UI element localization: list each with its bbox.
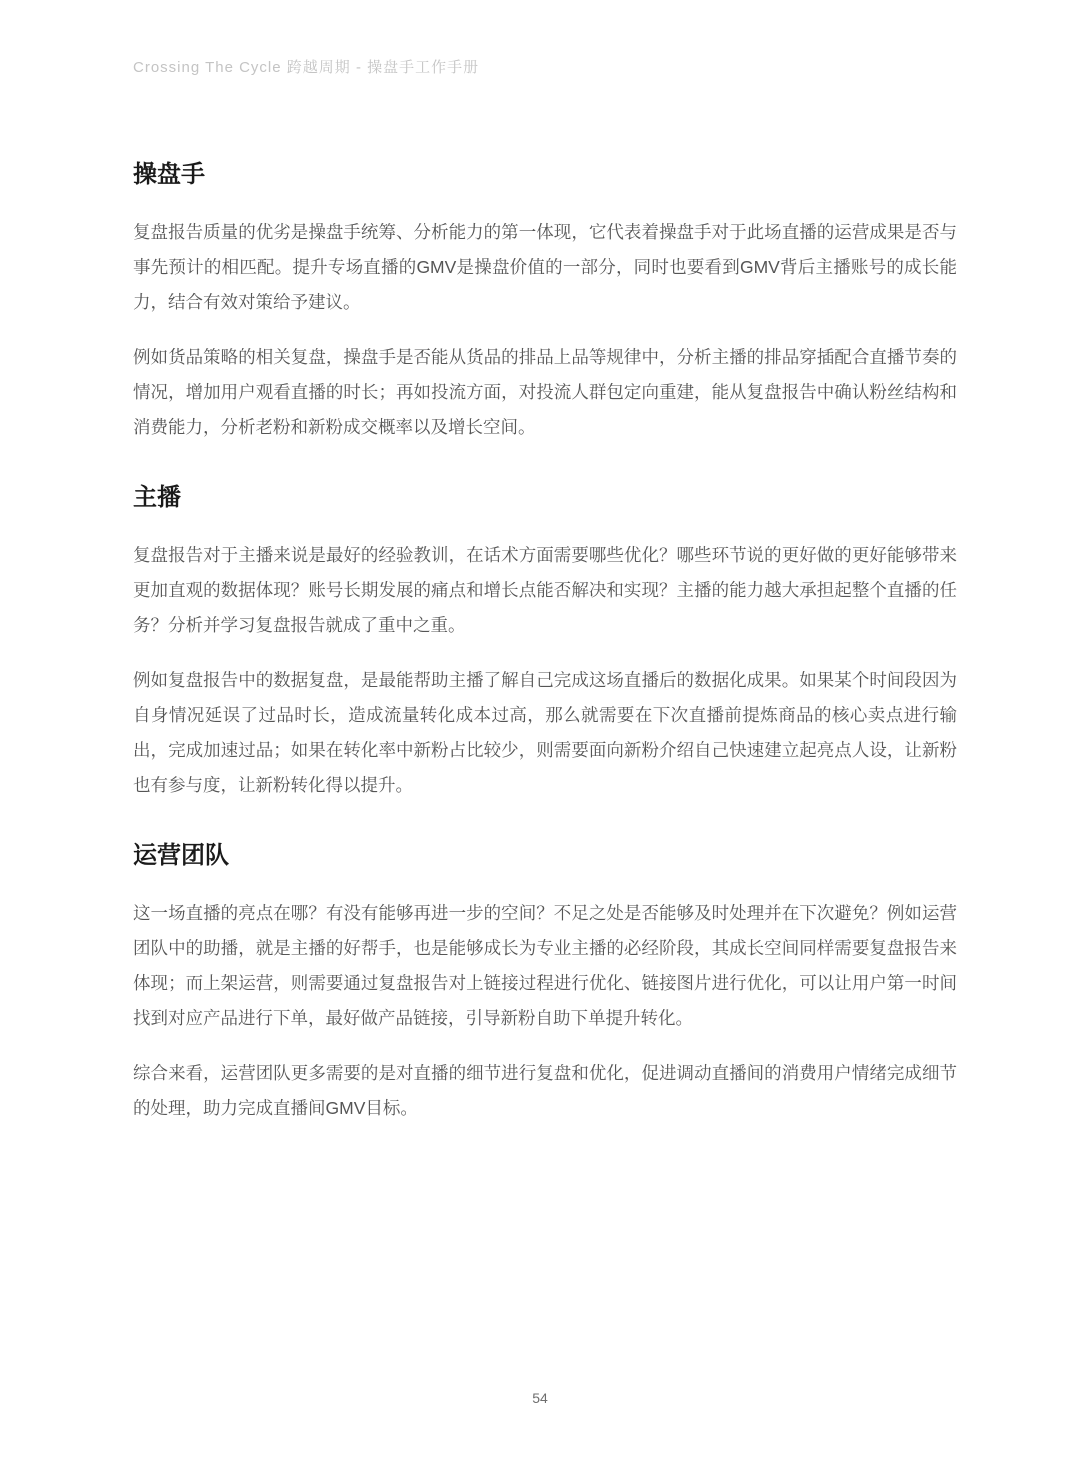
running-header: Crossing The Cycle 跨越周期 - 操盘手工作手册: [133, 56, 479, 77]
page-number: 54: [0, 1390, 1080, 1406]
body-paragraph: 这一场直播的亮点在哪？有没有能够再进一步的空间？不足之处是否能够及时处理并在下次…: [133, 896, 957, 1036]
section-heading: 主播: [133, 481, 957, 514]
body-paragraph: 例如复盘报告中的数据复盘，是最能帮助主播了解自己完成这场直播后的数据化成果。如果…: [133, 663, 957, 803]
page-content: 操盘手 复盘报告质量的优劣是操盘手统筹、分析能力的第一体现，它代表着操盘手对于此…: [133, 158, 957, 1146]
section-caopanshou: 操盘手 复盘报告质量的优劣是操盘手统筹、分析能力的第一体现，它代表着操盘手对于此…: [133, 158, 957, 445]
section-heading: 操盘手: [133, 158, 957, 191]
section-zhubo: 主播 复盘报告对于主播来说是最好的经验教训，在话术方面需要哪些优化？哪些环节说的…: [133, 481, 957, 803]
body-paragraph: 复盘报告对于主播来说是最好的经验教训，在话术方面需要哪些优化？哪些环节说的更好做…: [133, 538, 957, 643]
body-paragraph: 综合来看，运营团队更多需要的是对直播的细节进行复盘和优化，促进调动直播间的消费用…: [133, 1056, 957, 1126]
body-paragraph: 例如货品策略的相关复盘，操盘手是否能从货品的排品上品等规律中，分析主播的排品穿插…: [133, 340, 957, 445]
body-paragraph: 复盘报告质量的优劣是操盘手统筹、分析能力的第一体现，它代表着操盘手对于此场直播的…: [133, 215, 957, 320]
document-page: Crossing The Cycle 跨越周期 - 操盘手工作手册 操盘手 复盘…: [0, 0, 1080, 1466]
section-yunying-tuandui: 运营团队 这一场直播的亮点在哪？有没有能够再进一步的空间？不足之处是否能够及时处…: [133, 839, 957, 1126]
section-heading: 运营团队: [133, 839, 957, 872]
